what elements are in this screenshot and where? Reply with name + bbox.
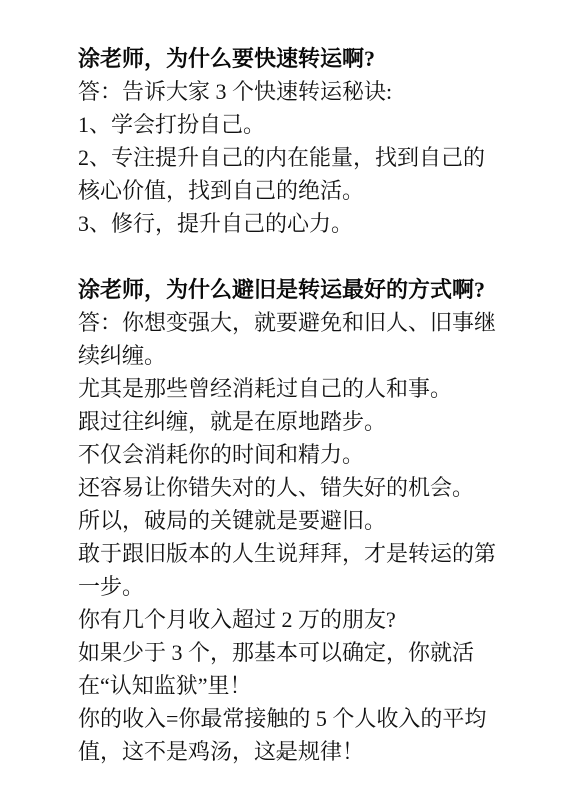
section-heading: 涂老师，为什么避旧是转运最好的方式啊? bbox=[78, 273, 498, 306]
page-number: 26 bbox=[0, 750, 564, 761]
paragraph: 还容易让你错失对的人、错失好的机会。 bbox=[78, 471, 498, 504]
paragraph: 跟过往纠缠，就是在原地踏步。 bbox=[78, 405, 498, 438]
paragraph: 不仅会消耗你的时间和精力。 bbox=[78, 438, 498, 471]
paragraph: 所以，破局的关键就是要避旧。 bbox=[78, 504, 498, 537]
paragraph: 你有几个月收入超过 2 万的朋友? bbox=[78, 603, 498, 636]
paragraph: 尤其是那些曾经消耗过自己的人和事。 bbox=[78, 372, 498, 405]
paragraph: 答：你想变强大，就要避免和旧人、旧事继续纠缠。 bbox=[78, 306, 498, 372]
qa-section-avoid-old: 涂老师，为什么避旧是转运最好的方式啊? 答：你想变强大，就要避免和旧人、旧事继续… bbox=[78, 273, 498, 768]
paragraph: 答：告诉大家 3 个快速转运秘诀: bbox=[78, 75, 498, 108]
document-page: 涂老师，为什么要快速转运啊? 答：告诉大家 3 个快速转运秘诀: 1、学会打扮自… bbox=[0, 0, 564, 785]
paragraph: 如果少于 3 个，那基本可以确定，你就活在“认知监狱”里！ bbox=[78, 636, 498, 702]
page-content: 涂老师，为什么要快速转运啊? 答：告诉大家 3 个快速转运秘诀: 1、学会打扮自… bbox=[78, 42, 498, 768]
paragraph: 2、专注提升自己的内在能量，找到自己的核心价值，找到自己的绝活。 bbox=[78, 141, 498, 207]
paragraph: 敢于跟旧版本的人生说拜拜，才是转运的第一步。 bbox=[78, 537, 498, 603]
paragraph: 1、学会打扮自己。 bbox=[78, 108, 498, 141]
section-heading: 涂老师，为什么要快速转运啊? bbox=[78, 42, 498, 75]
qa-section-quick-luck: 涂老师，为什么要快速转运啊? 答：告诉大家 3 个快速转运秘诀: 1、学会打扮自… bbox=[78, 42, 498, 240]
paragraph: 3、修行，提升自己的心力。 bbox=[78, 207, 498, 240]
